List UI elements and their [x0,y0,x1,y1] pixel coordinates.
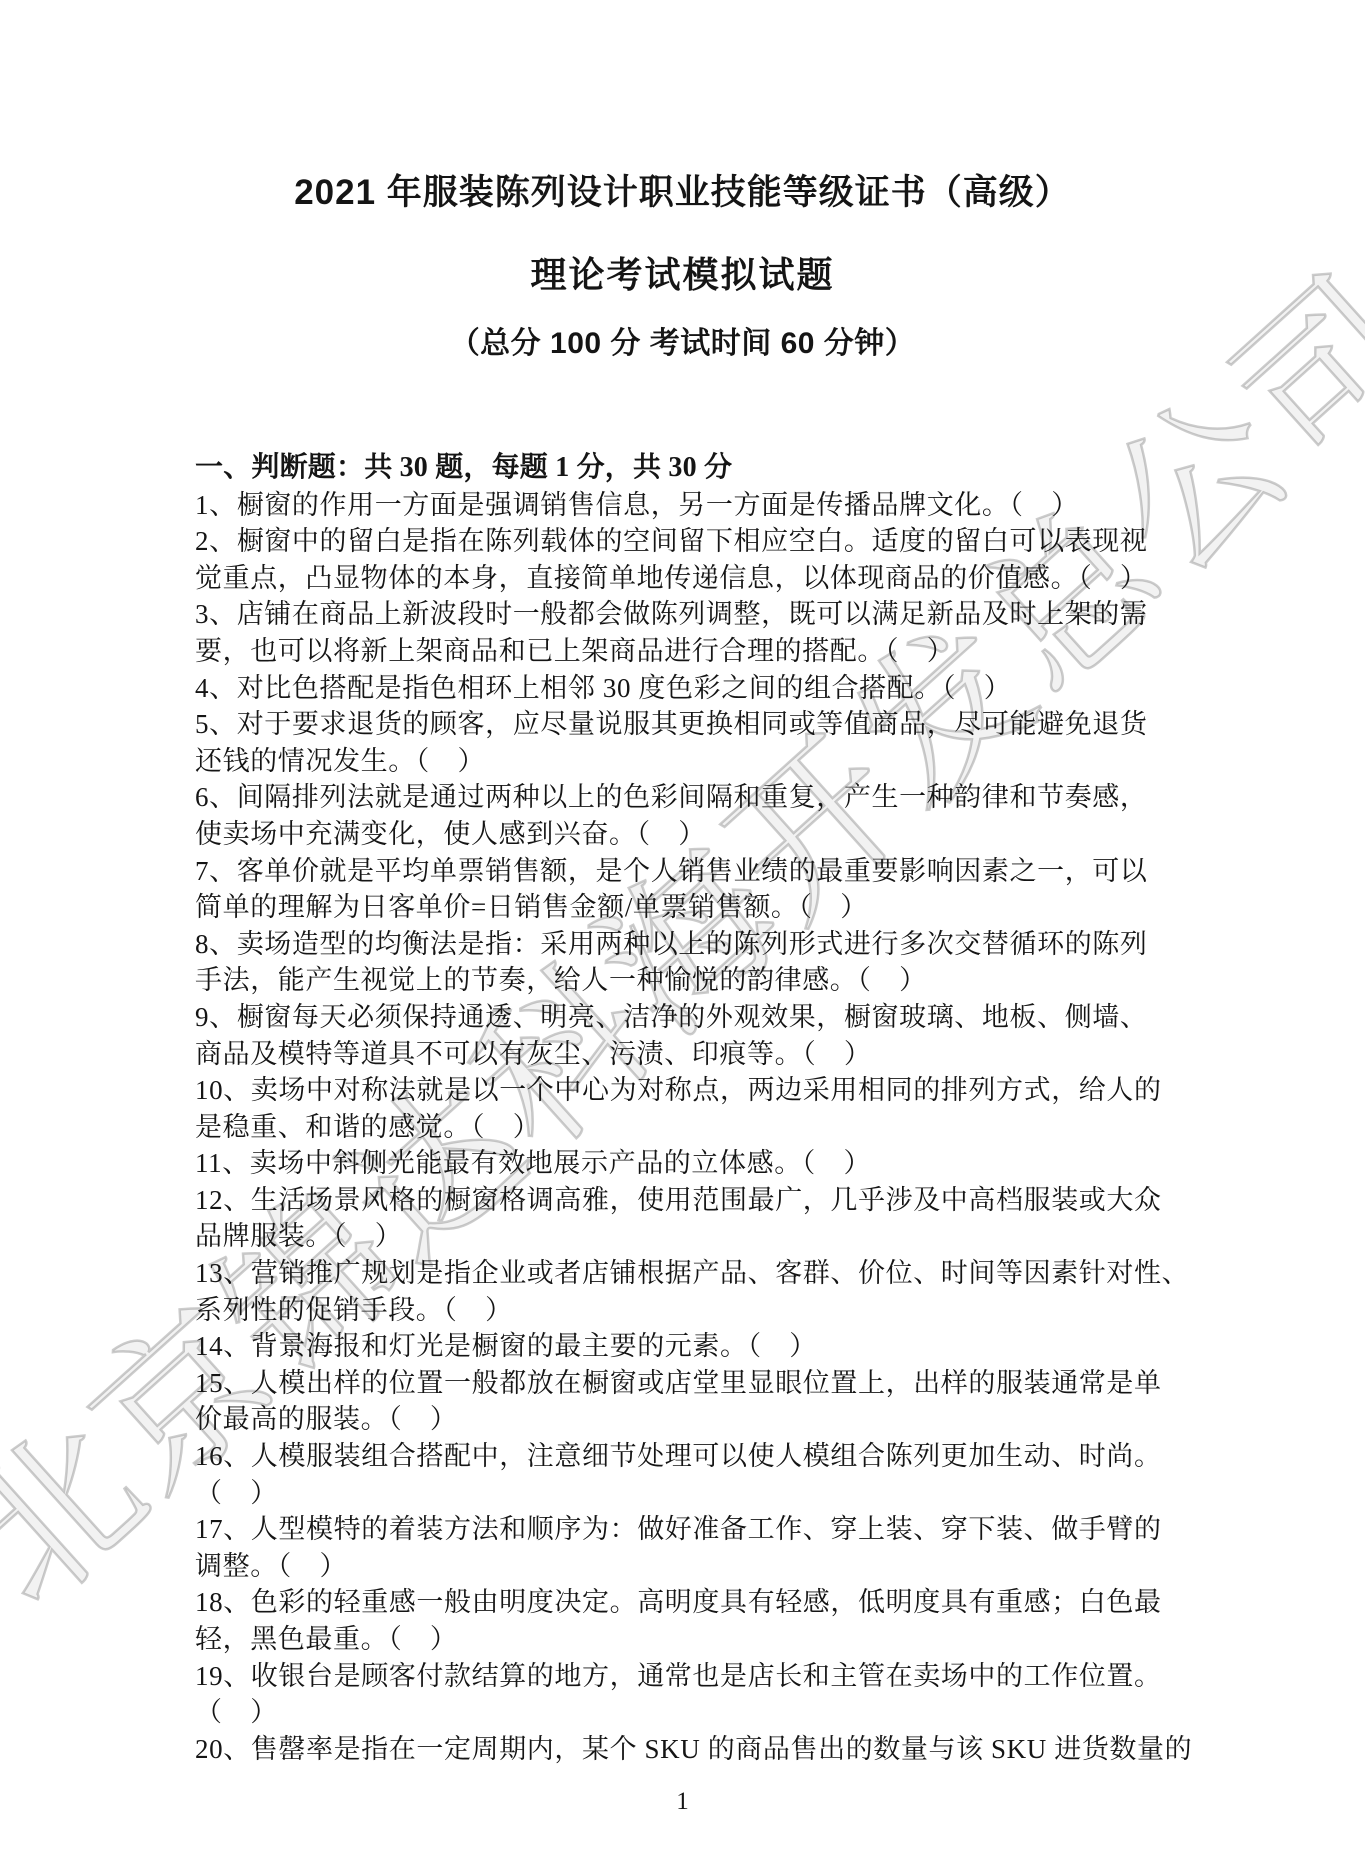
question-line: 要，也可以将新上架商品和已上架商品进行合理的搭配。（ ） [195,633,1195,670]
question-line: 19、收银台是顾客付款结算的地方，通常也是店长和主管在卖场中的工作位置。 [195,1658,1195,1695]
question-line: 17、人型模特的着装方法和顺序为：做好准备工作、穿上装、穿下装、做手臂的 [195,1511,1195,1548]
question-line: 6、间隔排列法就是通过两种以上的色彩间隔和重复，产生一种韵律和节奏感， [195,779,1195,816]
question-line: 价最高的服装。（ ） [195,1401,1195,1438]
question-line: 11、卖场中斜侧光能最有效地展示产品的立体感。（ ） [195,1145,1195,1182]
question-line: 手法，能产生视觉上的节奏，给人一种愉悦的韵律感。（ ） [195,962,1195,999]
question-line: （ ） [195,1475,1195,1512]
question-line: 使卖场中充满变化，使人感到兴奋。（ ） [195,816,1195,853]
question-line: 2、橱窗中的留白是指在陈列载体的空间留下相应空白。适度的留白可以表现视 [195,523,1195,560]
question-line: 还钱的情况发生。（ ） [195,743,1195,780]
page-number: 1 [0,1788,1365,1816]
question-line: 18、色彩的轻重感一般由明度决定。高明度具有轻感，低明度具有重感；白色最 [195,1584,1195,1621]
true-false-question-section: 一、判断题：共 30 题，每题 1 分，共 30 分 1、橱窗的作用一方面是强调… [195,450,1195,1767]
question-line: 调整。（ ） [195,1548,1195,1585]
question-line: 8、卖场造型的均衡法是指：采用两种以上的陈列形式进行多次交替循环的陈列 [195,926,1195,963]
question-line: 商品及模特等道具不可以有灰尘、污渍、印痕等。（ ） [195,1036,1195,1073]
question-line: 觉重点，凸显物体的本身，直接简单地传递信息，以体现商品的价值感。（ ） [195,560,1195,597]
question-line: 系列性的促销手段。（ ） [195,1292,1195,1329]
question-line: 3、店铺在商品上新波段时一般都会做陈列调整，既可以满足新品及时上架的需 [195,596,1195,633]
document-title-line2: 理论考试模拟试题 [0,247,1365,298]
question-line: 1、橱窗的作用一方面是强调销售信息，另一方面是传播品牌文化。（ ） [195,487,1195,524]
question-line: 12、生活场景风格的橱窗格调高雅，使用范围最广，几乎涉及中高档服装或大众 [195,1182,1195,1219]
exam-paper-page: 北京锦达科海开发总公司 2021 年服装陈列设计职业技能等级证书（高级） 理论考… [0,0,1365,1860]
question-line: 是稳重、和谐的感觉。（ ） [195,1109,1195,1146]
question-line: 16、人模服装组合搭配中，注意细节处理可以使人模组合陈列更加生动、时尚。 [195,1438,1195,1475]
question-line: 5、对于要求退货的顾客，应尽量说服其更换相同或等值商品，尽可能避免退货 [195,706,1195,743]
question-line: 9、橱窗每天必须保持通透、明亮、洁净的外观效果，橱窗玻璃、地板、侧墙、 [195,999,1195,1036]
exam-score-time-info: （总分 100 分 考试时间 60 分钟） [0,318,1365,362]
question-line: 轻，黑色最重。（ ） [195,1621,1195,1658]
question-line: 简单的理解为日客单价=日销售金额/单票销售额。（ ） [195,889,1195,926]
question-line: 20、售罄率是指在一定周期内，某个 SKU 的商品售出的数量与该 SKU 进货数… [195,1731,1195,1768]
question-line: （ ） [195,1694,1195,1731]
question-line: 4、对比色搭配是指色相环上相邻 30 度色彩之间的组合搭配。（ ） [195,670,1195,707]
document-title-line1: 2021 年服装陈列设计职业技能等级证书（高级） [0,165,1365,215]
question-line: 13、营销推广规划是指企业或者店铺根据产品、客群、价位、时间等因素针对性、 [195,1255,1195,1292]
section-heading: 一、判断题：共 30 题，每题 1 分，共 30 分 [195,450,1195,487]
question-line: 7、客单价就是平均单票销售额，是个人销售业绩的最重要影响因素之一，可以 [195,853,1195,890]
question-line: 品牌服装。（ ） [195,1218,1195,1255]
question-line: 15、人模出样的位置一般都放在橱窗或店堂里显眼位置上，出样的服装通常是单 [195,1365,1195,1402]
question-line: 14、背景海报和灯光是橱窗的最主要的元素。（ ） [195,1328,1195,1365]
question-line: 10、卖场中对称法就是以一个中心为对称点，两边采用相同的排列方式，给人的 [195,1072,1195,1109]
